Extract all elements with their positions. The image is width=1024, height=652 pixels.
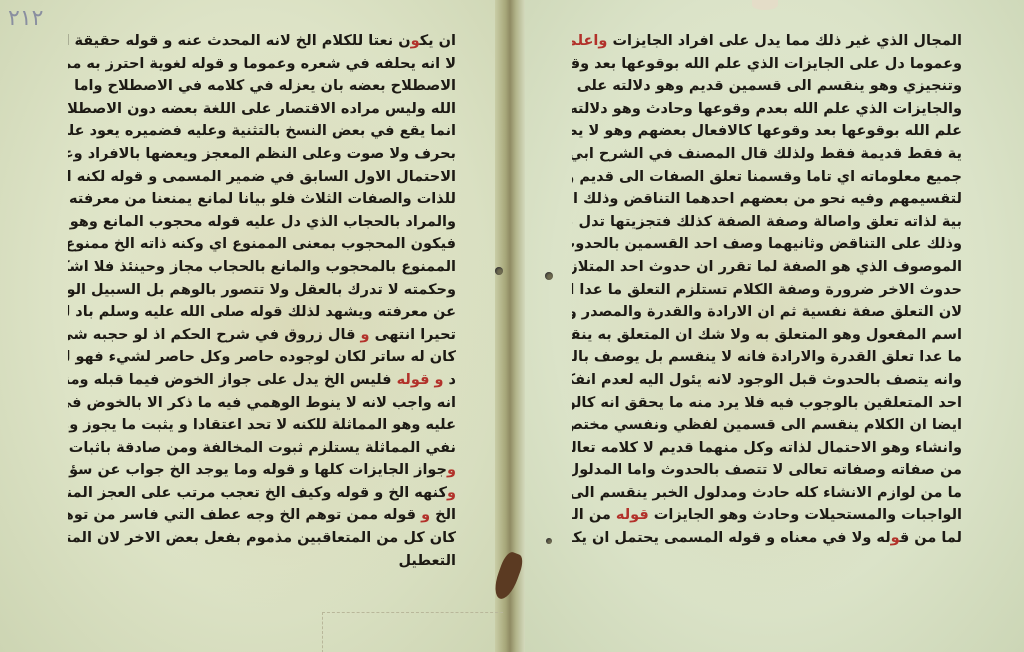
manuscript-line: نفي المماثلة يستلزم ثبوت المخالفة ومن صا… (68, 437, 456, 460)
manuscript-spread: ٢١٢ ان يكون نعتا للكلام الخ لانه المحدث … (0, 0, 1024, 652)
manuscript-line: للذات والصفات الثلاث فلو بيانا لمانع يمن… (68, 188, 456, 211)
manuscript-line: وعموما دل على الجايزات الذي علم الله بوق… (572, 53, 962, 76)
worm-hole (545, 272, 553, 280)
manuscript-line: بية لذاته تعلق واصالة وصفة الصفة كذلك فت… (572, 211, 962, 234)
manuscript-line: فيكون المحجوب بمعنى الممنوع اي وكنه ذاته… (68, 233, 456, 256)
manuscript-line: حدوث الاخر ضرورة وصفة الكلام تستلزم التع… (572, 279, 962, 302)
manuscript-line: وانشاء وهو الاحتمال لذاته وكل منهما قديم… (572, 437, 962, 460)
manuscript-line: المجال الذي غير ذلك مما يدل على افراد ال… (572, 30, 962, 53)
rubric-word: و قوله (397, 372, 444, 388)
manuscript-line: لان التعلق صفة نفسية ثم ان الارادة والقد… (572, 301, 962, 324)
rubric-word: و (361, 327, 370, 343)
worm-hole (495, 267, 503, 275)
manuscript-line: وكنهه الخ و قوله وكيف الخ تعجب مرتب على … (68, 482, 456, 505)
manuscript-line: لما من قوله ولا في معناه و قوله المسمى ي… (572, 527, 962, 550)
rubric-word: و (421, 507, 430, 523)
manuscript-line: الله وليس مراده الاقتصار على اللغة بعضه … (68, 98, 456, 121)
rubric-word: و (447, 462, 456, 478)
manuscript-line: احد المتعلقين بالوجوب فيه فلا يرد منه ما… (572, 392, 962, 415)
rubric-word: قوله (616, 507, 649, 523)
manuscript-line: ايضا ان الكلام ينقسم الى قسمين لفظي ونفس… (572, 414, 962, 437)
manuscript-line: الاصطلاح بعضه بان يعزله في كلامه في الاص… (68, 75, 456, 98)
manuscript-line: عليه وهو المماثلة للكنه لا تحد اعتقادا و… (68, 414, 456, 437)
manuscript-line: ية فقط قديمة فقط ولذلك قال المصنف في الش… (572, 143, 962, 166)
manuscript-line: وحكمته لا تدرك بالعقل ولا تتصور بالوهم ب… (68, 279, 456, 302)
manuscript-line: تحيرا انتهى و قال زروق في شرح الحكم اذ ل… (68, 324, 456, 347)
manuscript-line: اسم المفعول وهو المتعلق به ولا شك ان الم… (572, 324, 962, 347)
manuscript-line: الواجبات والمستحيلات وحادث وهو الجايزات … (572, 504, 962, 527)
manuscript-line: وجواز الجايزات كلها و قوله وما يوجد الخ … (68, 459, 456, 482)
manuscript-line: التعطيل (68, 550, 456, 573)
manuscript-line: ان يكون نعتا للكلام الخ لانه المحدث عنه … (68, 30, 456, 53)
rubric-word: و (411, 33, 420, 49)
manuscript-line: وذلك على التناقض وثانيهما وصف احد القسمي… (572, 233, 962, 256)
manuscript-line: وتنجيزي وهو ينقسم الى قسمين قديم وهو دلا… (572, 75, 962, 98)
right-page: المجال الذي غير ذلك مما يدل على افراد ال… (515, 0, 1024, 652)
paper-mark (322, 612, 503, 652)
manuscript-line: الموصوف الذي هو الصفة لما تقرر ان حدوث ا… (572, 256, 962, 279)
rubric-word: واعلم (572, 33, 607, 49)
manuscript-line: من صفاته وصفاته تعالى لا تتصف بالحدوث وا… (572, 459, 962, 482)
manuscript-line: وانه يتصف بالحدوث قبل الوجود لانه يئول ا… (572, 369, 962, 392)
manuscript-line: الممنوع بالمحجوب والمانع بالحجاب مجاز وح… (68, 256, 456, 279)
manuscript-line: كان له ساتر لكان لوجوده حاصر وكل حاصر لش… (68, 346, 456, 369)
rubric-word: و (447, 485, 456, 501)
manuscript-line: علم الله بوقوعها بعد وقوعها كالافعال بعض… (572, 120, 962, 143)
manuscript-line: انما يقع في بعض النسخ بالتثنية وعليه فضم… (68, 120, 456, 143)
left-text-block: ان يكون نعتا للكلام الخ لانه المحدث عنه … (68, 30, 456, 572)
manuscript-line: ما من لوازم الانشاء كله حادث ومدلول الخب… (572, 482, 962, 505)
right-text-block: المجال الذي غير ذلك مما يدل على افراد ال… (572, 30, 962, 550)
manuscript-line: والجايزات الذي علم الله بعدم وقوعها وحاد… (572, 98, 962, 121)
manuscript-line: كان كل من المتعاقبين مذموم بفعل بعض الاخ… (68, 527, 456, 550)
manuscript-line: ما عدا تعلق القدرة والارادة فانه لا ينقس… (572, 346, 962, 369)
rubric-word: و (891, 530, 900, 546)
manuscript-line: عن معرفته ويشهد لذلك قوله صلى الله عليه … (68, 301, 456, 324)
manuscript-line: الاحتمال الاول السابق في ضمير المسمى و ق… (68, 166, 456, 189)
manuscript-line: لتقسيمهم وفيه نحو من بعضهم احدهما التناق… (572, 188, 962, 211)
manuscript-line: لا انه يحلفه في شعره وعموما و قوله لغوية… (68, 53, 456, 76)
manuscript-line: د و قوله فليس الخ يدل على جواز الخوض فيم… (68, 369, 456, 392)
folio-number: ٢١٢ (8, 6, 43, 31)
manuscript-line: انه واجب لانه لا ينوط الوهمي فيه ما ذكر … (68, 392, 456, 415)
worm-hole (546, 538, 552, 544)
manuscript-line: جميع معلوماته اي تاما وقسمنا تعلق الصفات… (572, 166, 962, 189)
page-tab (752, 0, 778, 10)
left-page: ٢١٢ ان يكون نعتا للكلام الخ لانه المحدث … (0, 0, 505, 652)
manuscript-line: والمراد بالحجاب الذي دل عليه قوله محجوب … (68, 211, 456, 234)
manuscript-line: الخ و قوله ممن توهم الخ وجه عطف التي فاس… (68, 504, 456, 527)
manuscript-line: بحرف ولا صوت وعلى النظم المعجز ويعضها با… (68, 143, 456, 166)
